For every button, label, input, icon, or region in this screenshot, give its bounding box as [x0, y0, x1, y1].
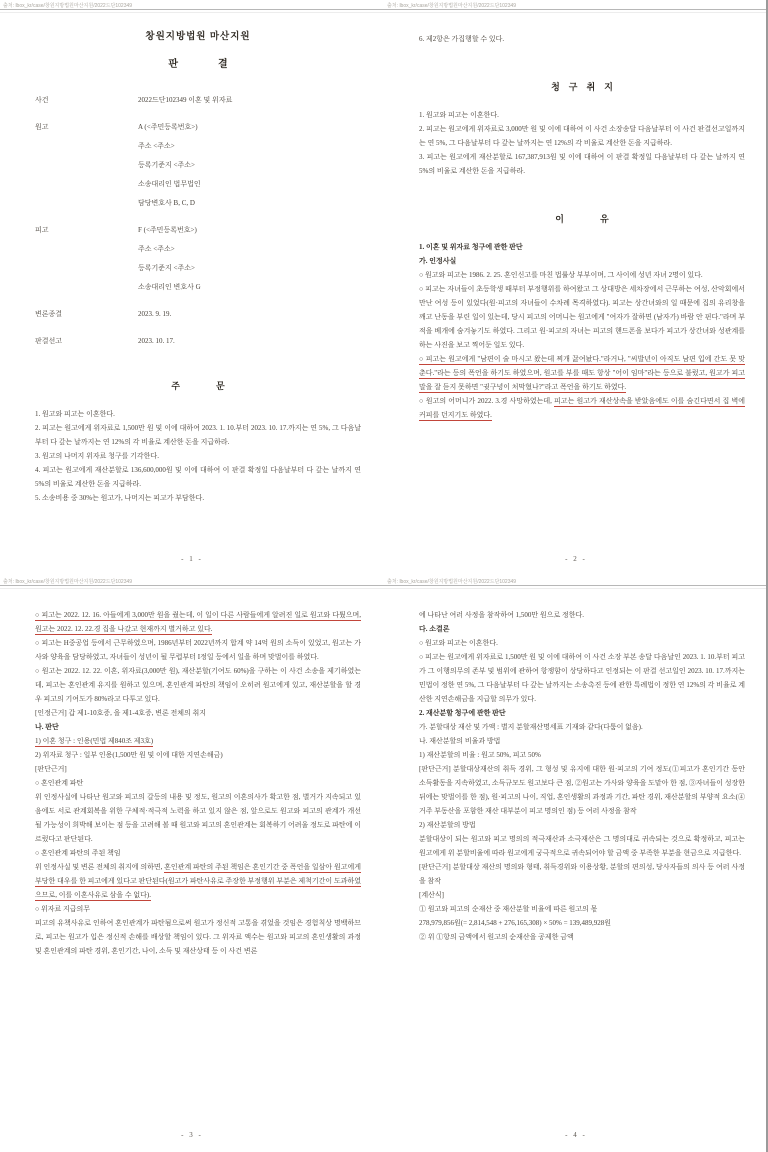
page-body: ○ 피고는 2022. 12. 16. 아들에게 3,000만 원을 줬는데, …: [35, 588, 361, 958]
field-value: A (<주민등록번호>): [138, 118, 361, 137]
page-number: - 1 -: [0, 555, 384, 563]
case-field-row: 주소 <주소>: [35, 240, 361, 259]
field-value: 등록기준지 <주소>: [138, 156, 361, 175]
paragraph: 3. 피고는 원고에게 재산분할로 167,387,913원 및 이에 대하여 …: [419, 150, 745, 178]
text-segment: 278,979,856원(= 2,814,548 + 276,165,308) …: [419, 919, 611, 927]
source-watermark: 출처: lbox_kr/case/창원지방법원마산지원/2022드단102349: [3, 2, 344, 9]
text-segment: [계산식]: [419, 891, 444, 899]
text-segment: 1. 원고와 피고는 이혼한다.: [419, 111, 499, 119]
text-segment: 나. 판단: [35, 723, 59, 731]
paragraph: ○ 원고의 어머니가 2022. 3.경 사망하였는데, 피고는 원고가 재산상…: [419, 394, 745, 422]
text-segment: 분할대상이 되는 원고와 피고 명의의 적극재산과 소극재산은 그 명의대로 귀…: [419, 835, 745, 857]
text-segment: 5. 소송비용 중 30%는 원고가, 나머지는 피고가 부담한다.: [35, 494, 204, 502]
case-field-row: 판결선고2023. 10. 17.: [35, 332, 361, 351]
paragraph: 에 나타난 여러 사정을 참작하여 1,500만 원으로 정한다.: [419, 608, 745, 622]
field-label: [35, 240, 138, 259]
field-label: [35, 137, 138, 156]
paragraph: 1. 원고와 피고는 이혼한다.: [419, 108, 745, 122]
paragraph: ○ 피고는 2022. 12. 16. 아들에게 3,000만 원을 줬는데, …: [35, 608, 361, 636]
text-segment: 1. 이혼 및 위자료 청구에 관한 판단: [419, 243, 523, 251]
field-label: [35, 175, 138, 194]
case-field-row: 소송대리인 법무법인: [35, 175, 361, 194]
red-underline-annotation: 피고는 2022. 12. 16. 아들에게 3,000만 원을 줬는데, 이 …: [35, 611, 361, 635]
text-segment: ○ 피고는 원고에게 위자료로 1,500만 원 및 이에 대하여 이 사건 소…: [419, 653, 745, 703]
case-field-row: 등록기준지 <주소>: [35, 259, 361, 278]
paragraph: [인정근거] 갑 제1-10호증, 을 제1-4호증, 변론 전체의 취지: [35, 706, 361, 720]
page-number: - 3 -: [0, 1131, 384, 1139]
court-name-title: 창원지방법원 마산지원: [35, 28, 361, 42]
paragraph: [판단근거] 분할대상 재산의 명의와 형태, 취득경위와 이용상황, 분할의 …: [419, 860, 745, 888]
paragraph: ○ 원고는 2022. 12. 22. 이혼, 위자료(3,000만 원), 재…: [35, 664, 361, 706]
paragraph: ○ 피고는 H중공업 등에서 근무하였으며, 1986년부터 2022년까지 합…: [35, 636, 361, 664]
paragraph: 1. 원고와 피고는 이혼한다.: [35, 407, 361, 421]
text-segment: 6. 제2항은 가집행할 수 있다.: [419, 35, 504, 43]
page-4: 출처: lbox_kr/case/창원지방법원마산지원/2022드단102349…: [384, 576, 768, 1152]
page-2: 출처: lbox_kr/case/창원지방법원마산지원/2022드단102349…: [384, 0, 768, 576]
text-segment: 4. 피고는 원고에게 재산분할로 136,600,000원 및 이에 대하여 …: [35, 466, 361, 488]
text-segment: ○ 원고와 피고는 1986. 2. 25. 혼인신고를 마친 법률상 부부이며…: [419, 271, 703, 279]
paragraph: 4. 피고는 원고에게 재산분할로 136,600,000원 및 이에 대하여 …: [35, 463, 361, 491]
judgment-title: 판 결: [35, 55, 361, 70]
paragraph: 1. 이혼 및 위자료 청구에 관한 판단: [419, 240, 745, 254]
page-body: 창원지방법원 마산지원판 결사건2022드단102349 이혼 및 위자료원고A…: [35, 12, 361, 505]
paragraph: [계산식]: [419, 888, 745, 902]
text-segment: ○ 혼인관계 파탄의 주된 책임: [35, 849, 121, 857]
case-fields: 사건2022드단102349 이혼 및 위자료원고A (<주민등록번호>)주소 …: [35, 91, 361, 351]
red-underline-annotation: ○: [35, 611, 42, 621]
text-segment: 3. 원고의 나머지 위자료 청구를 기각한다.: [35, 452, 159, 460]
text-segment: [판단근거]: [35, 765, 67, 773]
document-sheet: 출처: lbox_kr/case/창원지방법원마산지원/2022드단102349…: [0, 0, 768, 1152]
paragraph: 분할대상이 되는 원고와 피고 명의의 적극재산과 소극재산은 그 명의대로 귀…: [419, 832, 745, 860]
field-label: 피고: [35, 221, 138, 240]
text-segment: 2) 재산분할의 방법: [419, 821, 476, 829]
paragraph: 가. 분할대상 재산 및 가액 : 별지 분할재산명세표 기재와 같다(다툼이 …: [419, 720, 745, 734]
paragraph: 1) 재산분할의 비율 : 원고 50%, 피고 50%: [419, 748, 745, 762]
field-value: 2022드단102349 이혼 및 위자료: [138, 91, 361, 110]
paragraph: ○ 혼인관계 파탄: [35, 776, 361, 790]
paragraph: ○ 피고는 원고에게 "남편이 술 마시고 왔는데 찌개 끓여놨다."라거나, …: [419, 352, 745, 394]
source-watermark: 출처: lbox_kr/case/창원지방법원마산지원/2022드단102349: [387, 578, 728, 585]
paragraph: 나. 재산분할의 비율과 방법: [419, 734, 745, 748]
source-watermark: 출처: lbox_kr/case/창원지방법원마산지원/2022드단102349: [387, 2, 728, 9]
case-field-row: 주소 <주소>: [35, 137, 361, 156]
paragraph: [판단근거] 분할대상재산의 취득 경위, 그 형성 및 유지에 대한 원·피고…: [419, 762, 745, 818]
paragraph: 3. 원고의 나머지 위자료 청구를 기각한다.: [35, 449, 361, 463]
text-segment: 에 나타난 여러 사정을 참작하여 1,500만 원으로 정한다.: [419, 611, 584, 619]
text-segment: ○ 위자료 지급의무: [35, 905, 90, 913]
case-field-row: 사건2022드단102349 이혼 및 위자료: [35, 91, 361, 110]
field-label: 판결선고: [35, 332, 138, 351]
paragraph: 6. 제2항은 가집행할 수 있다.: [419, 32, 745, 46]
paragraph: 5. 소송비용 중 30%는 원고가, 나머지는 피고가 부담한다.: [35, 491, 361, 505]
paragraph: ○ 원고와 피고는 1986. 2. 25. 혼인신고를 마친 법률상 부부이며…: [419, 268, 745, 282]
field-label: [35, 259, 138, 278]
section-heading: 주 문: [35, 379, 361, 392]
paragraph: 2) 재산분할의 방법: [419, 818, 745, 832]
text-segment: 위 인정사실 및 변론 전체의 취지에 의하면,: [35, 863, 164, 871]
text-segment: 1) 재산분할의 비율 : 원고 50%, 피고 50%: [419, 751, 541, 759]
page-number: - 4 -: [384, 1131, 768, 1139]
text-segment: [판단근거] 분할대상 재산의 명의와 형태, 취득경위와 이용상황, 분할의 …: [419, 863, 745, 885]
paragraph: 다. 소결론: [419, 622, 745, 636]
text-segment: ○ 원고는 2022. 12. 22. 이혼, 위자료(3,000만 원), 재…: [35, 667, 361, 703]
case-field-row: 담당변호사 B, C, D: [35, 194, 361, 213]
section-heading: 청 구 취 지: [419, 80, 745, 93]
source-watermark: 출처: lbox_kr/case/창원지방법원마산지원/2022드단102349: [3, 578, 344, 585]
paragraph: 위 인정사실 및 변론 전체의 취지에 의하면, 혼인관계 파탄의 주된 책임은…: [35, 860, 361, 902]
paragraph: 2. 피고는 원고에게 위자료로 3,000만 원 및 이에 대하여 이 사건 …: [419, 122, 745, 150]
paragraph: ○ 혼인관계 파탄의 주된 책임: [35, 846, 361, 860]
field-value: 소송대리인 법무법인: [138, 175, 361, 194]
field-value: 주소 <주소>: [138, 137, 361, 156]
paragraph: ② 위 ①항의 금액에서 원고의 순재산을 공제한 금액: [419, 930, 745, 944]
page-body: 6. 제2항은 가집행할 수 있다.청 구 취 지1. 원고와 피고는 이혼한다…: [419, 12, 745, 422]
text-segment: 위 인정사실에 나타난 원고와 피고의 갈등의 내용 및 정도, 원고의 이혼의…: [35, 793, 361, 843]
paragraph: 나. 판단: [35, 720, 361, 734]
paragraph: 1) 이혼 청구 : 인용(민법 제840조 제3호): [35, 734, 361, 748]
case-field-row: 등록기준지 <주소>: [35, 156, 361, 175]
field-value: 소송대리인 변호사 G: [138, 278, 361, 297]
paragraph: ○ 피고는 자녀들이 초등학생 때부터 부정행위를 하여왔고 그 상대방은 세차…: [419, 282, 745, 352]
text-segment: 2. 피고는 원고에게 위자료로 3,000만 원 및 이에 대하여 이 사건 …: [419, 125, 745, 147]
paragraph: 가. 인정사실: [419, 254, 745, 268]
field-value: 2023. 10. 17.: [138, 332, 361, 351]
paragraph: ① 원고와 피고의 순재산 중 재산분할 비율에 따른 원고의 몫: [419, 902, 745, 916]
text-segment: ○ 피고는 H중공업 등에서 근무하였으며, 1986년부터 2022년까지 합…: [35, 639, 361, 661]
paragraph: ○ 원고와 피고는 이혼한다.: [419, 636, 745, 650]
text-segment: 3. 피고는 원고에게 재산분할로 167,387,913원 및 이에 대하여 …: [419, 153, 745, 175]
field-value: 담당변호사 B, C, D: [138, 194, 361, 213]
section-heading: 이 유: [419, 212, 745, 225]
page-number: - 2 -: [384, 555, 768, 563]
paragraph: ○ 피고는 원고에게 위자료로 1,500만 원 및 이에 대하여 이 사건 소…: [419, 650, 745, 706]
field-value: 등록기준지 <주소>: [138, 259, 361, 278]
text-segment: 2. 재산분할 청구에 관한 판단: [419, 709, 506, 717]
text-segment: ① 원고와 피고의 순재산 중 재산분할 비율에 따른 원고의 몫: [419, 905, 597, 913]
text-segment: 2) 위자료 청구 : 일부 인용(1,500만 원 및 이에 대한 지연손해금…: [35, 751, 223, 759]
text-segment: 피고의 유책사유로 인하여 혼인관계가 파탄됨으로써 원고가 정신적 고통을 겪…: [35, 919, 361, 955]
text-segment: ○ 혼인관계 파탄: [35, 779, 83, 787]
paragraph: 2. 피고는 원고에게 위자료로 1,500만 원 및 이에 대하여 2023.…: [35, 421, 361, 449]
field-label: 사건: [35, 91, 138, 110]
paragraph: 피고의 유책사유로 인하여 혼인관계가 파탄됨으로써 원고가 정신적 고통을 겪…: [35, 916, 361, 958]
red-underline-annotation: ○: [419, 355, 426, 365]
case-field-row: 피고F (<주민등록번호>): [35, 221, 361, 240]
case-field-row: 변론종결2023. 9. 19.: [35, 305, 361, 324]
text-segment: 1. 원고와 피고는 이혼한다.: [35, 410, 115, 418]
red-underline-annotation: 1) 이혼 청구 : 인용(민법 제840조 제3호): [35, 737, 153, 747]
paragraph: [판단근거]: [35, 762, 361, 776]
field-label: 원고: [35, 118, 138, 137]
field-value: 주소 <주소>: [138, 240, 361, 259]
field-label: [35, 194, 138, 213]
text-segment: ○ 원고의 어머니가 2022. 3.경 사망하였는데,: [419, 397, 554, 405]
paragraph: 위 인정사실에 나타난 원고와 피고의 갈등의 내용 및 정도, 원고의 이혼의…: [35, 790, 361, 846]
page-1: 출처: lbox_kr/case/창원지방법원마산지원/2022드단102349…: [0, 0, 384, 576]
field-value: 2023. 9. 19.: [138, 305, 361, 324]
text-segment: 나. 재산분할의 비율과 방법: [419, 737, 500, 745]
text-segment: 가. 분할대상 재산 및 가액 : 별지 분할재산명세표 기재와 같다(다툼이 …: [419, 723, 643, 731]
text-segment: [판단근거] 분할대상재산의 취득 경위, 그 형성 및 유지에 대한 원·피고…: [419, 765, 745, 815]
page-body: 에 나타난 여러 사정을 참작하여 1,500만 원으로 정한다.다. 소결론○…: [419, 588, 745, 944]
page-3: 출처: lbox_kr/case/창원지방법원마산지원/2022드단102349…: [0, 576, 384, 1152]
text-segment: 다. 소결론: [419, 625, 450, 633]
field-value: F (<주민등록번호>): [138, 221, 361, 240]
paragraph: 2) 위자료 청구 : 일부 인용(1,500만 원 및 이에 대한 지연손해금…: [35, 748, 361, 762]
field-label: 변론종결: [35, 305, 138, 324]
text-segment: 2. 피고는 원고에게 위자료로 1,500만 원 및 이에 대하여 2023.…: [35, 424, 361, 446]
paragraph: 278,979,856원(= 2,814,548 + 276,165,308) …: [419, 916, 745, 930]
field-label: [35, 278, 138, 297]
text-segment: ○ 피고는 자녀들이 초등학생 때부터 부정행위를 하여왔고 그 상대방은 세차…: [419, 285, 745, 349]
text-segment: 가. 인정사실: [419, 257, 456, 265]
text-segment: ② 위 ①항의 금액에서 원고의 순재산을 공제한 금액: [419, 933, 574, 941]
case-field-row: 원고A (<주민등록번호>): [35, 118, 361, 137]
text-segment: [인정근거] 갑 제1-10호증, 을 제1-4호증, 변론 전체의 취지: [35, 709, 206, 717]
text-segment: ○ 원고와 피고는 이혼한다.: [419, 639, 498, 647]
case-field-row: 소송대리인 변호사 G: [35, 278, 361, 297]
paragraph: ○ 위자료 지급의무: [35, 902, 361, 916]
paragraph: 2. 재산분할 청구에 관한 판단: [419, 706, 745, 720]
red-underline-annotation: 피고는 원고에게 "남편이 술 마시고 왔는데 찌개 끓여놨다."라거나, "씨…: [419, 355, 745, 393]
field-label: [35, 156, 138, 175]
